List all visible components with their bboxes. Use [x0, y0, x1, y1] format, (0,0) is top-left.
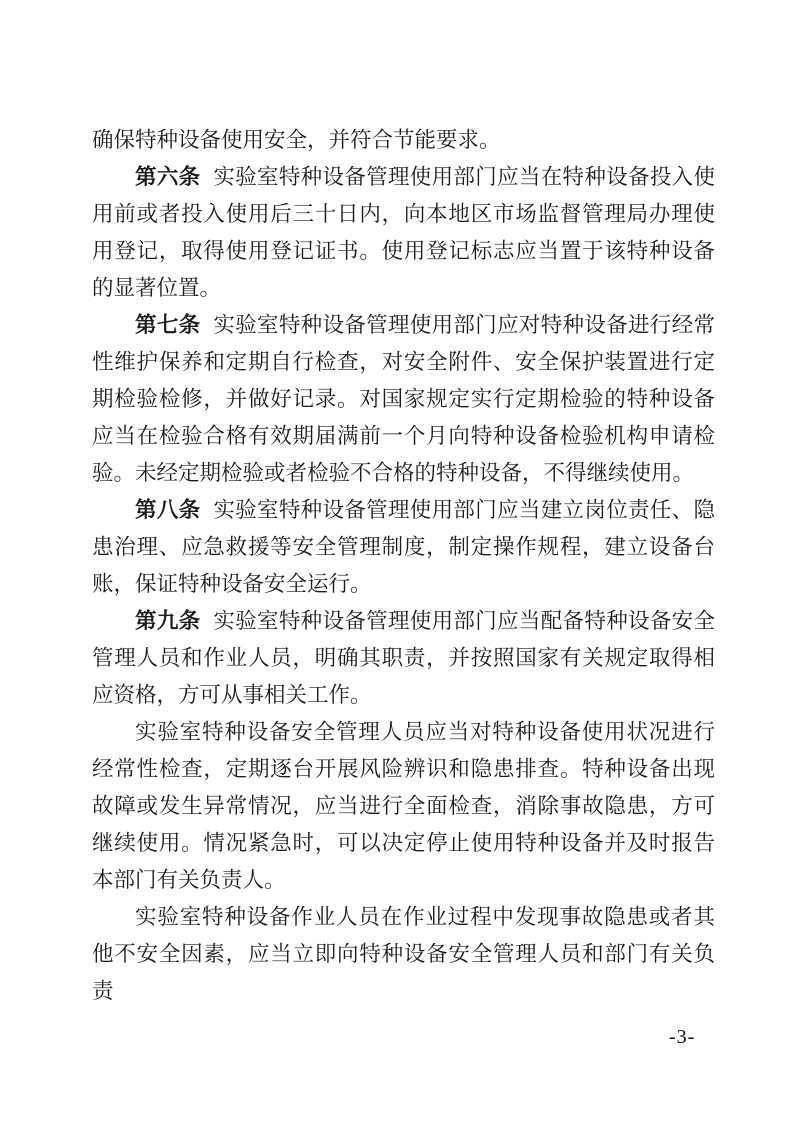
article-number: 第八条 — [135, 498, 200, 522]
paragraph-text: 实验室特种设备作业人员在作业过程中发现事故隐患或者其他不安全因素，应当立即向特种… — [92, 905, 715, 1003]
paragraph: 第九条实验室特种设备管理使用部门应当配备特种设备安全管理人员和作业人员，明确其职… — [92, 603, 715, 714]
paragraph-text: 实验室特种设备管理使用部门应对特种设备进行经常性维护保养和定期自行检查，对安全附… — [92, 313, 715, 485]
article-number: 第六条 — [135, 165, 200, 189]
document-body: 确保特种设备使用安全，并符合节能要求。 第六条实验室特种设备管理使用部门应当在特… — [92, 122, 715, 1010]
paragraph-text: 实验室特种设备安全管理人员应当对特种设备使用状况进行经常性检查，定期逐台开展风险… — [92, 720, 715, 892]
paragraph: 第七条实验室特种设备管理使用部门应对特种设备进行经常性维护保养和定期自行检查，对… — [92, 307, 715, 492]
paragraph-text: 确保特种设备使用安全，并符合节能要求。 — [92, 128, 501, 152]
paragraph: 第八条实验室特种设备管理使用部门应当建立岗位责任、隐患治理、应急救援等安全管理制… — [92, 492, 715, 603]
article-number: 第九条 — [135, 609, 200, 633]
article-number: 第七条 — [135, 313, 200, 337]
document-page: 确保特种设备使用安全，并符合节能要求。 第六条实验室特种设备管理使用部门应当在特… — [0, 0, 793, 1122]
paragraph: 第六条实验室特种设备管理使用部门应当在特种设备投入使用前或者投入使用后三十日内，… — [92, 159, 715, 307]
paragraph: 实验室特种设备作业人员在作业过程中发现事故隐患或者其他不安全因素，应当立即向特种… — [92, 899, 715, 1010]
paragraph: 确保特种设备使用安全，并符合节能要求。 — [92, 122, 715, 159]
paragraph: 实验室特种设备安全管理人员应当对特种设备使用状况进行经常性检查，定期逐台开展风险… — [92, 714, 715, 899]
page-number: -3- — [669, 1026, 695, 1049]
